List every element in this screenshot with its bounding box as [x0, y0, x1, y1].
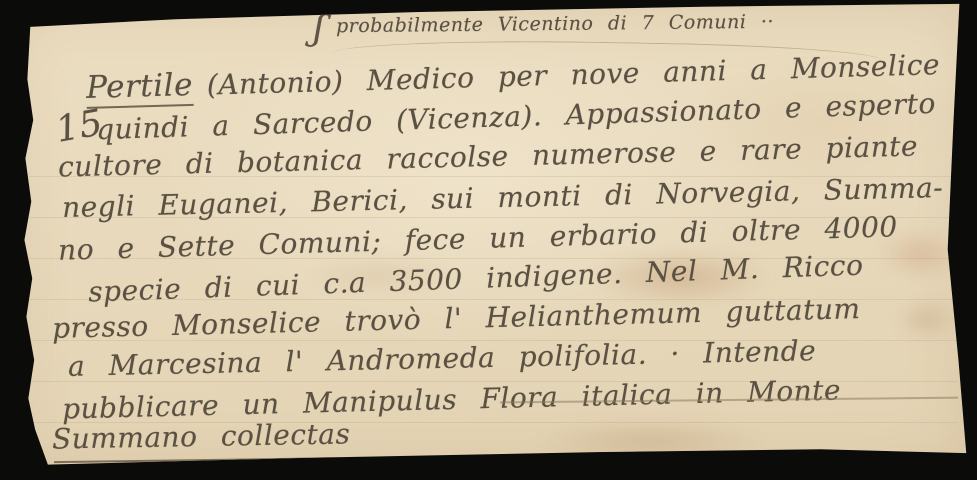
closing-underline — [54, 453, 646, 463]
foxing-stain — [896, 298, 958, 340]
annotation-brace-mark: ʃ — [311, 7, 327, 49]
manuscript-line: Summano collectas — [52, 417, 351, 455]
foxing-stain — [535, 418, 765, 464]
annotation-line: probabilmente Vicentino di 7 Comuni ·· — [336, 11, 774, 38]
manuscript-paper: ʃ probabilmente Vicentino di 7 Comuni ··… — [0, 0, 977, 480]
scan-background: ʃ probabilmente Vicentino di 7 Comuni ··… — [0, 0, 977, 480]
surname-underlined: Pertile — [86, 67, 194, 109]
manuscript-line: pubblicare un Manipulus Flora italica in… — [62, 373, 842, 425]
